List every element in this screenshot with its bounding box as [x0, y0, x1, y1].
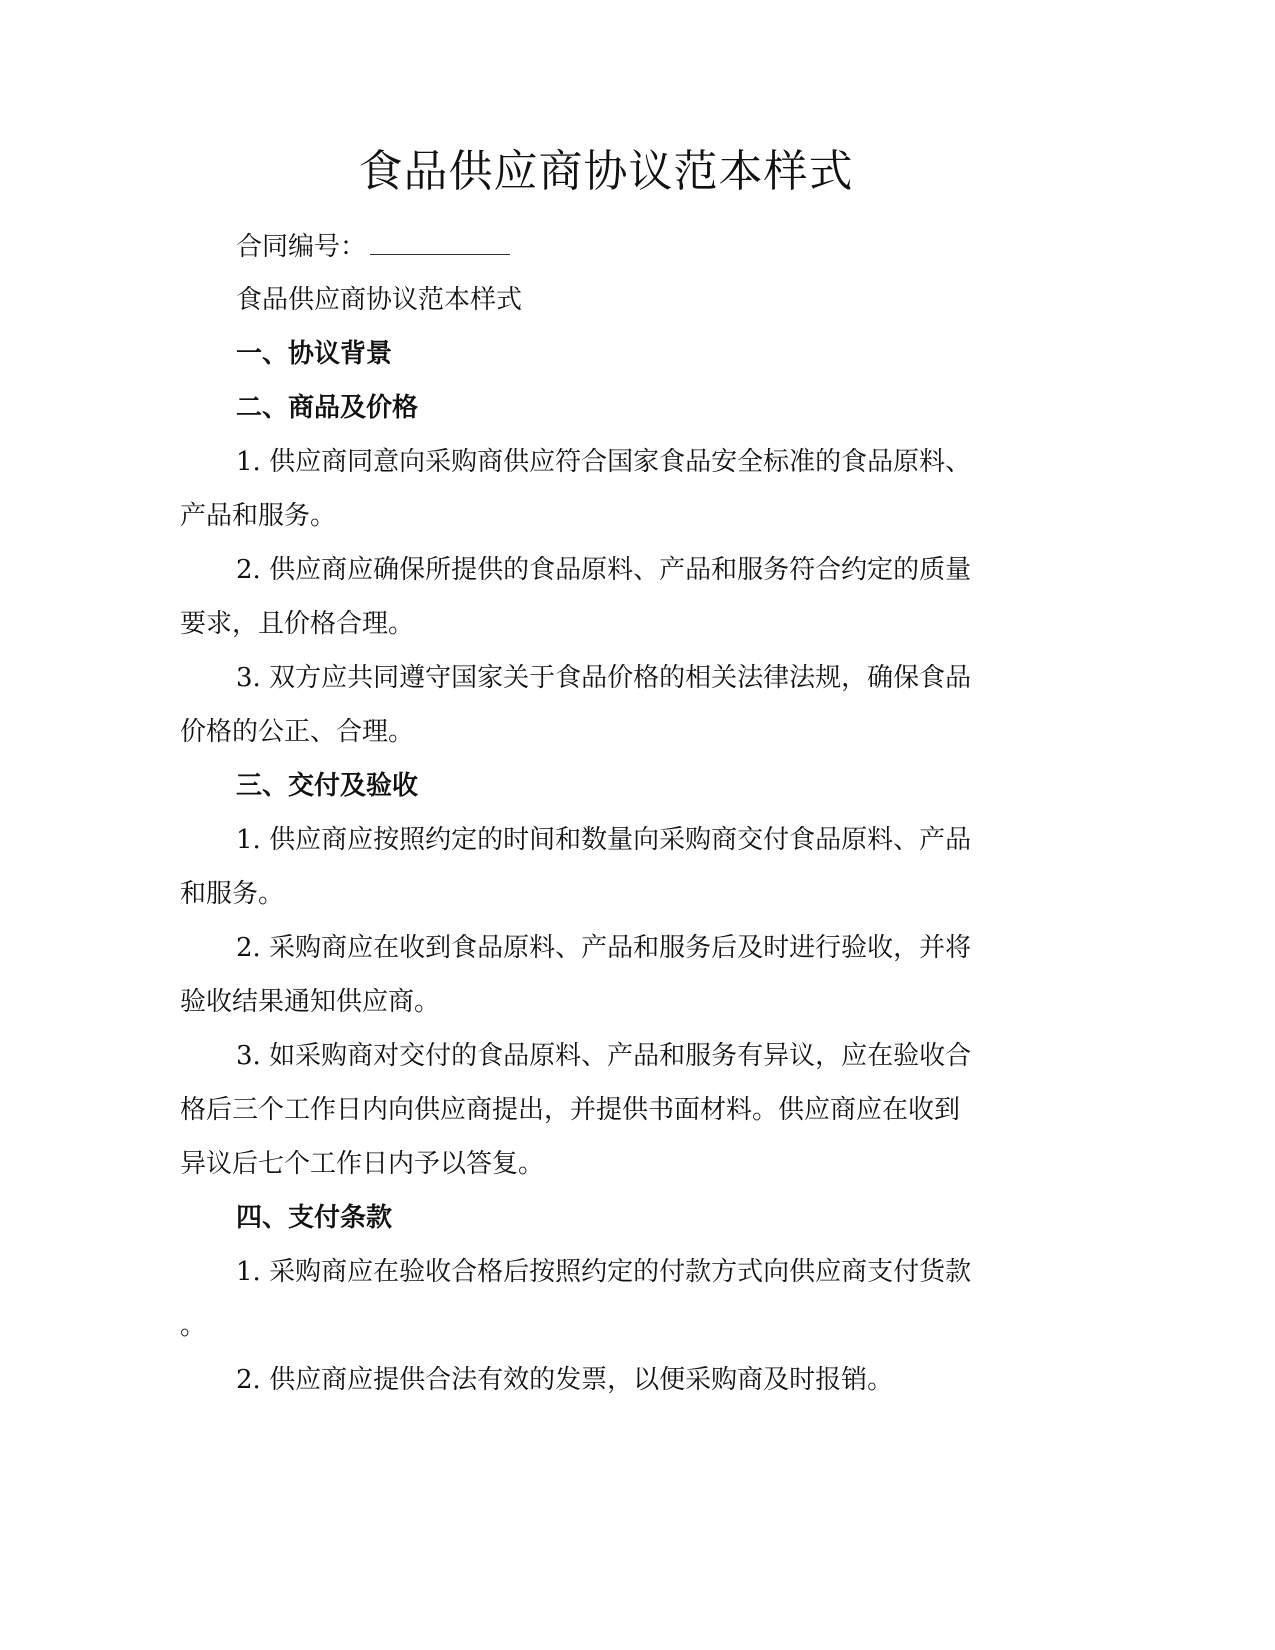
document-subtitle: 食品供应商协议范本样式 — [236, 282, 1116, 318]
clause-3-2-line2: 验收结果通知供应商。 — [180, 984, 1060, 1020]
section-heading-background: 一、协议背景 — [236, 336, 1116, 372]
document-page: 食品供应商协议范本样式 合同编号： 食品供应商协议范本样式 一、协议背景 二、商… — [0, 0, 1275, 1650]
clause-2-1-line1: 1. 供应商同意向采购商供应符合国家食品安全标准的食品原料、 — [236, 444, 1116, 480]
clause-3-1-line1: 1. 供应商应按照约定的时间和数量向采购商交付食品原料、产品 — [236, 822, 1116, 858]
section-heading-payment: 四、支付条款 — [236, 1200, 1116, 1236]
section-heading-delivery: 三、交付及验收 — [236, 768, 1116, 804]
clause-3-3-line1: 3. 如采购商对交付的食品原料、产品和服务有异议，应在验收合 — [236, 1038, 1116, 1074]
contract-number-blank — [370, 228, 510, 255]
clause-4-1-line2: 。 — [180, 1308, 1060, 1344]
clause-4-1-line1: 1. 采购商应在验收合格后按照约定的付款方式向供应商支付货款 — [236, 1254, 1116, 1290]
clause-2-1-line2: 产品和服务。 — [180, 498, 1060, 534]
document-title: 食品供应商协议范本样式 — [0, 140, 1212, 204]
clause-2-3-line2: 价格的公正、合理。 — [180, 714, 1060, 750]
clause-3-2-line1: 2. 采购商应在收到食品原料、产品和服务后及时进行验收，并将 — [236, 930, 1116, 966]
section-heading-goods-price: 二、商品及价格 — [236, 390, 1116, 426]
contract-number-label: 合同编号： — [236, 232, 366, 262]
contract-number-line: 合同编号： — [236, 228, 1116, 265]
clause-2-2-line2: 要求，且价格合理。 — [180, 606, 1060, 642]
clause-4-2-line1: 2. 供应商应提供合法有效的发票，以便采购商及时报销。 — [236, 1362, 1116, 1398]
clause-3-3-line2: 格后三个工作日内向供应商提出，并提供书面材料。供应商应在收到 — [180, 1092, 1060, 1128]
clause-3-1-line2: 和服务。 — [180, 876, 1060, 912]
clause-2-2-line1: 2. 供应商应确保所提供的食品原料、产品和服务符合约定的质量 — [236, 552, 1116, 588]
clause-3-3-line3: 异议后七个工作日内予以答复。 — [180, 1146, 1060, 1182]
clause-2-3-line1: 3. 双方应共同遵守国家关于食品价格的相关法律法规，确保食品 — [236, 660, 1116, 696]
